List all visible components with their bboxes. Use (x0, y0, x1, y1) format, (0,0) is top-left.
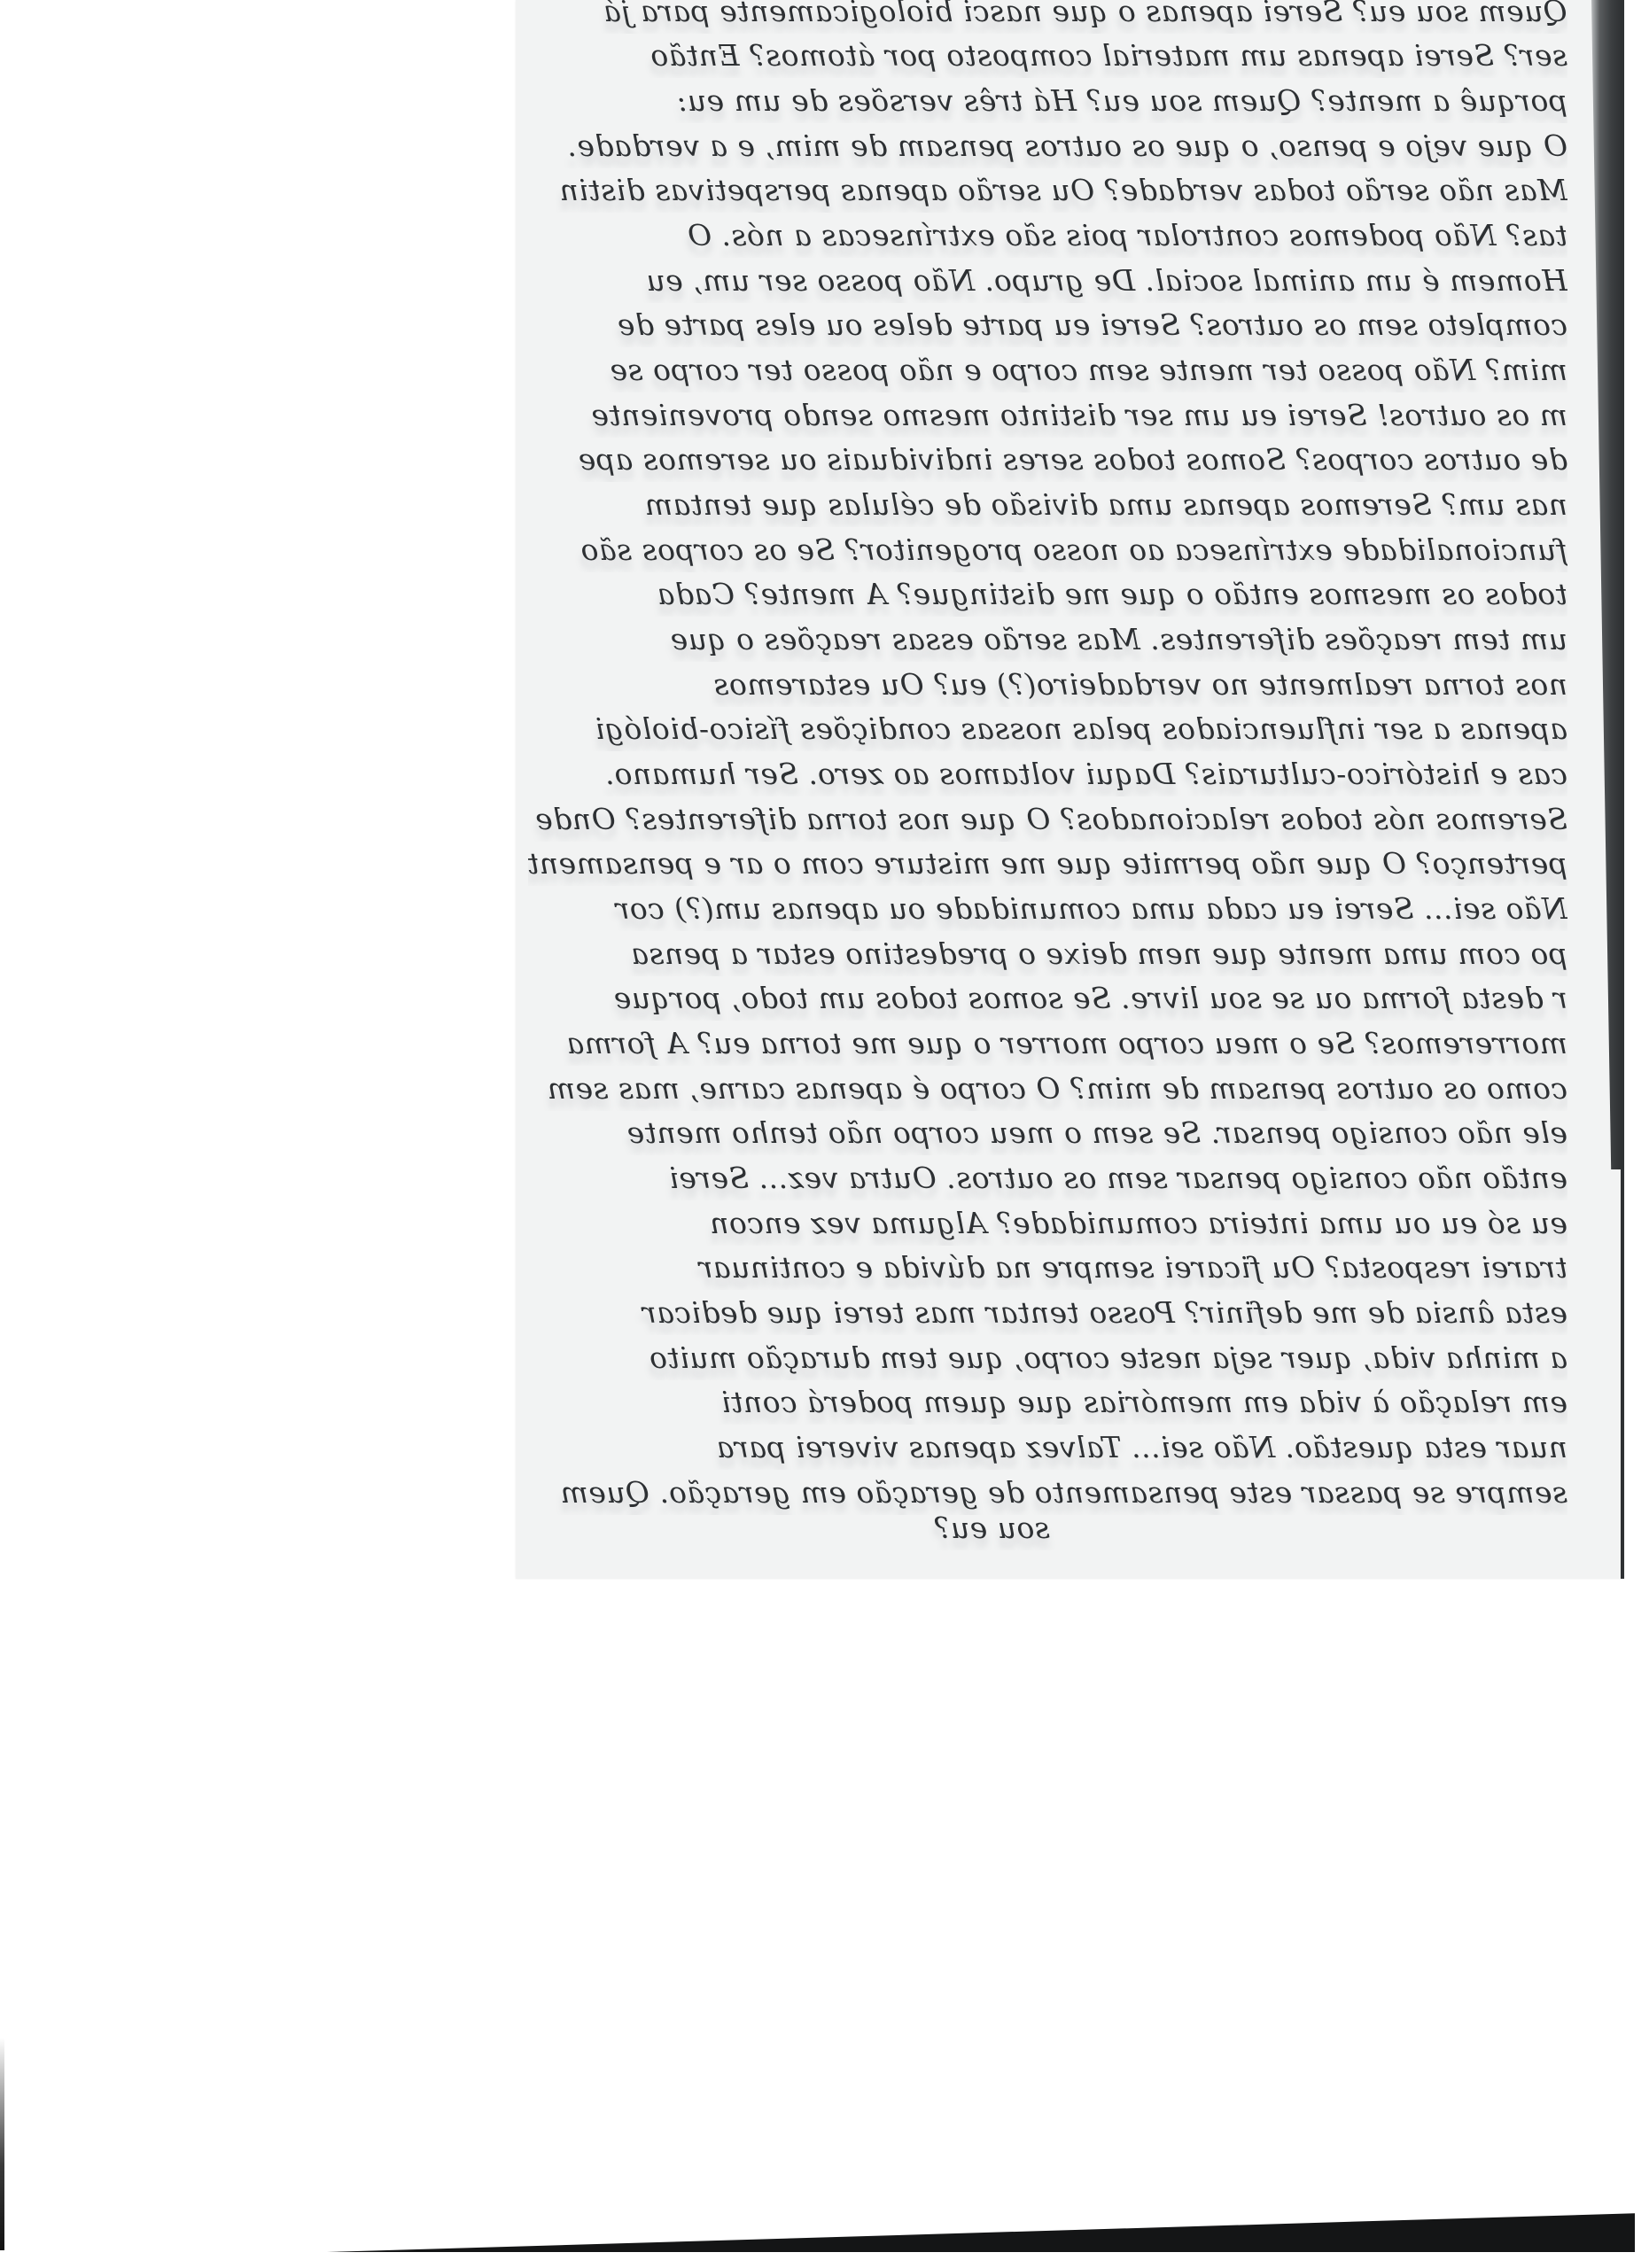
text-line: Mas não serão todas verdade? Ou serão ap… (528, 168, 1567, 213)
paper-right-edge-line (1621, 0, 1624, 1579)
text-line: Seremos nós todos relacionados? O que no… (528, 797, 1567, 842)
text-line: então não consigo pensar sem os outros. … (528, 1156, 1567, 1200)
text-line: morreremos? Se o meu corpo morrer o que … (528, 1021, 1567, 1066)
text-line: nas um? Seremos apenas uma divisão de cé… (528, 483, 1567, 527)
text-line: todos os mesmos então o que me distingue… (528, 572, 1567, 617)
text-line: esta ânsia de me definir? Posso tentar m… (528, 1291, 1567, 1335)
scanned-page: Quem sou eu? Serei apenas o que nasci bi… (0, 0, 1649, 2268)
text-line: como os outros pensam de mim? O corpo é … (528, 1067, 1567, 1111)
text-line: funcionalidade extrínseca ao nosso proge… (528, 528, 1567, 572)
text-line: um tem reações diferentes. Mas serão ess… (528, 617, 1567, 662)
handwritten-text-block: Quem sou eu? Serei apenas o que nasci bi… (516, 0, 1592, 1579)
text-line: em relação à vida em memórias que quem p… (528, 1380, 1567, 1425)
text-line: trarei resposta? Ou ficarei sempre na dú… (528, 1246, 1567, 1290)
text-line: po com uma mente que nem deixe o predest… (528, 932, 1567, 976)
text-line: tas? Não podemos controlar pois são extr… (528, 214, 1567, 258)
text-line: eu só eu ou uma inteira comunidade? Algu… (528, 1201, 1567, 1246)
text-line-final: sou eu? (888, 1506, 1096, 1550)
text-line: nos torna realmente no verdadeiro(?) eu?… (528, 663, 1567, 707)
text-line: Quem sou eu? Serei apenas o que nasci bi… (528, 0, 1567, 34)
text-line: Não sei... Serei eu cada uma comunidade … (528, 887, 1567, 931)
text-line: ele não consigo pensar. Se sem o meu cor… (528, 1111, 1567, 1155)
scanner-left-edge-shadow (0, 2038, 4, 2250)
text-line: Homem é um animal social. De grupo. Não … (528, 259, 1567, 303)
text-line: de outros corpos? Somos todos seres indi… (528, 438, 1567, 482)
text-line: mim? Não posso ter mente sem corpo e não… (528, 348, 1567, 392)
text-line: apenas a ser influenciados pelas nossas … (528, 707, 1567, 751)
text-line: nuar esta questão. Não sei... Talvez ape… (528, 1425, 1567, 1470)
text-line: O que vejo e penso, o que os outros pens… (528, 124, 1567, 168)
text-line: ser? Serei apenas um material composto p… (528, 34, 1567, 78)
scanner-bottom-edge-shadow (0, 2211, 1635, 2252)
text-line: r desta forma ou se sou livre. Se somos … (528, 976, 1567, 1021)
text-line: a minha vida, quer seja neste corpo, que… (528, 1336, 1567, 1380)
text-line: cas e histórico-culturais? Daqui voltamo… (528, 752, 1567, 796)
text-line: pertenço? O que não permite que me mistu… (528, 842, 1567, 886)
text-line: m os outros! Serei eu um ser distinto me… (528, 393, 1567, 438)
text-line: completo sem os outros? Serei eu parte d… (528, 303, 1567, 347)
text-line: porquê a mente? Quem sou eu? Há três ver… (528, 79, 1567, 123)
